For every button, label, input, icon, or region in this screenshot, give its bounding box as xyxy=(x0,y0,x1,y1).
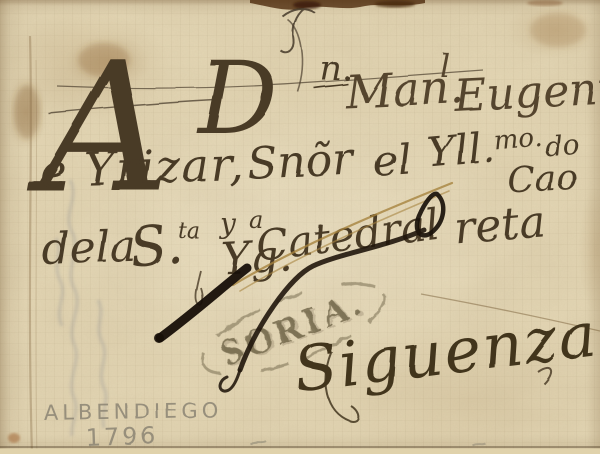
address-surname: e Yrizar, xyxy=(38,137,245,198)
address-senor: Snõr xyxy=(246,133,357,190)
address-dela: dela xyxy=(41,221,137,275)
foxing-spot xyxy=(8,433,20,443)
address-el: el xyxy=(371,134,413,186)
address-initial: A xyxy=(26,24,170,233)
top-edge-stain-blob xyxy=(527,0,563,6)
letter-cover: SORIA. SORIA. A D n. Man. l Eugenio e Yr… xyxy=(0,0,600,454)
address-second-name: Eugenio xyxy=(452,61,600,122)
letter-cover-scan: SORIA. SORIA. A D n. Man. l Eugenio e Yr… xyxy=(0,0,600,454)
address-illmo-superscript: mo. xyxy=(492,122,543,156)
pencil-place-name: ALBENDIEGO xyxy=(44,398,222,425)
address-first-name-superscript: l xyxy=(440,47,450,85)
address-illmo: Yll. xyxy=(425,122,497,177)
pencil-year: 1796 xyxy=(85,421,159,452)
address-superscript-ta: ta xyxy=(178,219,200,244)
address-santa-abbrev: S. xyxy=(127,212,186,280)
top-edge-stain-blob xyxy=(293,1,321,9)
rate-mark-ink-blob xyxy=(154,333,164,343)
top-edge-stain-blob xyxy=(375,1,415,8)
address-trailing-word: reta xyxy=(453,196,548,255)
foxing-stain xyxy=(530,13,586,47)
